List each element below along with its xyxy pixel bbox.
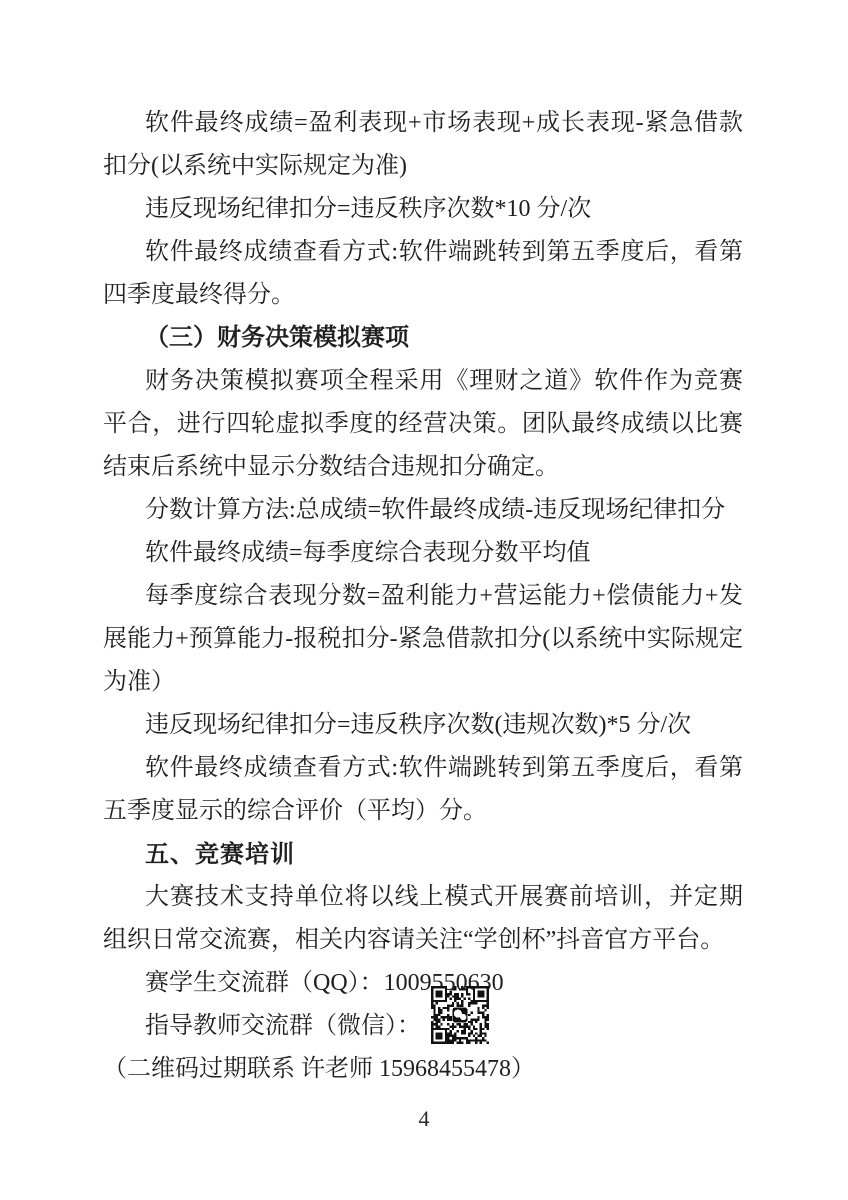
page-number: 4	[0, 1106, 848, 1132]
document-body: 软件最终成绩=盈利表现+市场表现+成长表现-紧急借款扣分(以系统中实际规定为准)…	[103, 102, 743, 1091]
qr-note-line: （二维码过期联系 许老师 15968455478）	[103, 1048, 743, 1091]
body-paragraph: 每季度综合表现分数=盈利能力+营运能力+偿债能力+发展能力+预算能力-报税扣分-…	[103, 575, 743, 704]
document-page: 软件最终成绩=盈利表现+市场表现+成长表现-紧急借款扣分(以系统中实际规定为准)…	[0, 0, 848, 1200]
wechat-group-label: 指导教师交流群（微信）：	[145, 1013, 421, 1039]
body-paragraph: 违反现场纪律扣分=违反秩序次数*10 分/次	[103, 188, 743, 231]
wechat-group-line: 指导教师交流群（微信）：	[103, 1005, 743, 1048]
wechat-group-qr-code	[431, 986, 489, 1044]
section-heading: 五、竞赛培训	[103, 833, 743, 876]
body-paragraph: 软件最终成绩=盈利表现+市场表现+成长表现-紧急借款扣分(以系统中实际规定为准)	[103, 102, 743, 188]
body-paragraph: 软件最终成绩=每季度综合表现分数平均值	[103, 532, 743, 575]
body-paragraph: 违反现场纪律扣分=违反秩序次数(违规次数)*5 分/次	[103, 704, 743, 747]
qq-group-line: 赛学生交流群（QQ）：1009550630	[103, 962, 743, 1005]
body-paragraph: 软件最终成绩查看方式:软件端跳转到第五季度后，看第四季度最终得分。	[103, 231, 743, 317]
subsection-heading: （三）财务决策模拟赛项	[103, 317, 743, 360]
body-paragraph: 分数计算方法:总成绩=软件最终成绩-违反现场纪律扣分	[103, 489, 743, 532]
body-paragraph: 财务决策模拟赛项全程采用《理财之道》软件作为竞赛平合，进行四轮虚拟季度的经营决策…	[103, 360, 743, 489]
body-paragraph: 大赛技术支持单位将以线上模式开展赛前培训，并定期组织日常交流赛，相关内容请关注“…	[103, 876, 743, 962]
body-paragraph: 软件最终成绩查看方式:软件端跳转到第五季度后，看第五季度显示的综合评价（平均）分…	[103, 747, 743, 833]
